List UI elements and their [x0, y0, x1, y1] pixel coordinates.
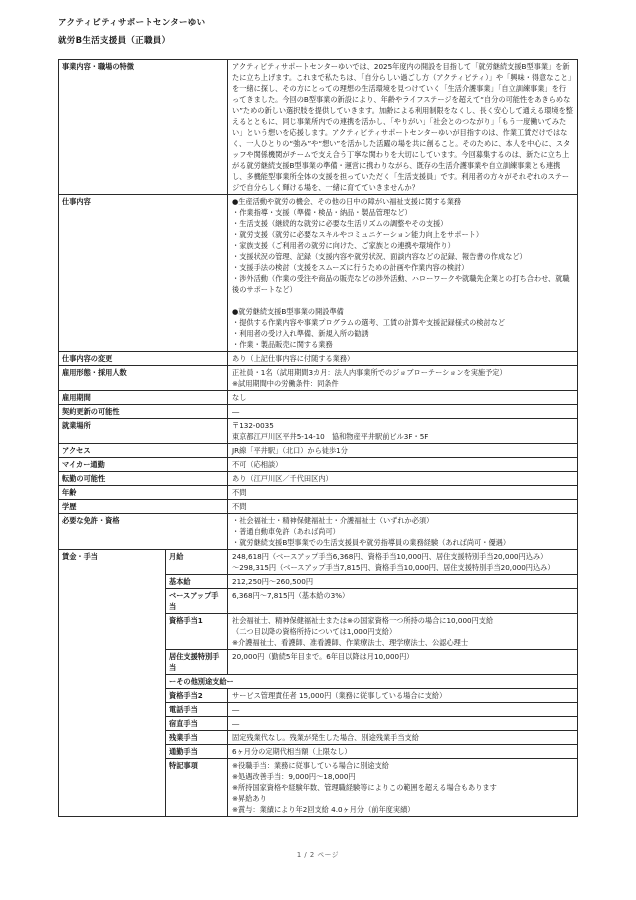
- wage-sublabel: 宿直手当: [166, 717, 228, 730]
- wage-section-label: 賃金・手当: [59, 550, 166, 816]
- row-label: 年齢: [59, 486, 228, 499]
- wage-value: サービス管理責任者 15,000円（業務に従事している場合に支給）: [228, 689, 577, 702]
- wage-row-special-notes: 特記事項 ※役職手当：業務に従事している場合に別途支給 ※処遇改善手当：9,00…: [166, 758, 577, 816]
- footer-page-number: 1 / 2 ページ: [0, 849, 636, 859]
- row-value: JR線「平井駅」（北口）から徒歩1分: [228, 444, 577, 457]
- wage-sublabel: 電話手当: [166, 703, 228, 716]
- row-car-commute: マイカー通勤 不可（応相談）: [59, 457, 577, 471]
- row-value: あり（上記仕事内容に付随する業務）: [228, 352, 577, 365]
- row-label: 仕事内容: [59, 195, 228, 351]
- wage-row-other-payments-divider: ーその他別途支給ー: [166, 674, 577, 688]
- wage-sublabel: 資格手当2: [166, 689, 228, 702]
- row-label: 学歴: [59, 500, 228, 513]
- row-value: 〒132-0035 東京都江戸川区平井5-14-10 協和物産平井駅前ビル3F・…: [228, 419, 577, 443]
- row-job-change: 仕事内容の変更 あり（上記仕事内容に付随する業務）: [59, 351, 577, 365]
- wage-value: 6ヶ月分の定期代相当額（上限なし）: [228, 745, 577, 758]
- wage-value: 248,618円（ベースアップ手当6,368円、資格手当10,000円、居住支援…: [228, 550, 577, 574]
- wage-value: 212,250円～260,500円: [228, 575, 577, 588]
- row-employment-type: 雇用形態・採用人数 正社員・1名（試用期間3カ月：法人内事業所でのジョブローテー…: [59, 365, 577, 390]
- row-education: 学歴 不問: [59, 499, 577, 513]
- row-value: あり（江戸川区／千代田区内）: [228, 472, 577, 485]
- wage-value: 6,368円～7,815円（基本給の3%）: [228, 589, 577, 613]
- wage-row-phone-allowance: 電話手当 ―: [166, 702, 577, 716]
- wage-sublabel: 基本給: [166, 575, 228, 588]
- wage-row-base-up-allowance: ベースアップ手当 6,368円～7,815円（基本給の3%）: [166, 588, 577, 613]
- row-label: アクセス: [59, 444, 228, 457]
- wage-value: 社会福祉士、精神保健福祉士または※の国家資格一つ所持の場合に10,000円支給 …: [228, 614, 577, 649]
- row-value: 正社員・1名（試用期間3カ月：法人内事業所でのジョブローテーションを実施予定） …: [228, 366, 577, 390]
- company-name: アクティビティサポートセンターゆい: [58, 14, 578, 32]
- row-access: アクセス JR線「平井駅」（北口）から徒歩1分: [59, 443, 577, 457]
- wage-subtable: 月給 248,618円（ベースアップ手当6,368円、資格手当10,000円、居…: [166, 550, 577, 816]
- row-value: ―: [228, 405, 577, 418]
- wage-value: ※役職手当：業務に従事している場合に別途支給 ※処遇改善手当：9,000円～18…: [228, 759, 577, 816]
- row-value: 不可（応相談）: [228, 458, 577, 471]
- row-value: ●生産活動や就労の機会、その他の日中の障がい福祉支援に関する業務 ・作業指導・支…: [228, 195, 577, 351]
- row-required-licenses: 必要な免許・資格 ・社会福祉士・精神保健福祉士・介護福祉士（いずれか必須） ・普…: [59, 513, 577, 549]
- row-contract-renewal: 契約更新の可能性 ―: [59, 404, 577, 418]
- row-value: なし: [228, 391, 577, 404]
- row-value: ・社会福祉士・精神保健福祉士・介護福祉士（いずれか必須） ・普通自動車免許（あれ…: [228, 514, 577, 549]
- row-value: 不問: [228, 486, 577, 499]
- row-employment-period: 雇用期間 なし: [59, 390, 577, 404]
- row-label: 転勤の可能性: [59, 472, 228, 485]
- wage-sublabel: 残業手当: [166, 731, 228, 744]
- wage-sublabel: ベースアップ手当: [166, 589, 228, 613]
- row-label: 契約更新の可能性: [59, 405, 228, 418]
- row-business-description: 事業内容・職場の特徴 アクティビティサポートセンターゆいでは、2025年度内の開…: [59, 60, 577, 194]
- row-transfer-possibility: 転勤の可能性 あり（江戸川区／千代田区内）: [59, 471, 577, 485]
- wage-row-overtime-allowance: 残業手当 固定残業代なし。残業が発生した場合、別途残業手当支給: [166, 730, 577, 744]
- row-work-location: 就業場所 〒132-0035 東京都江戸川区平井5-14-10 協和物産平井駅前…: [59, 418, 577, 443]
- wage-value: 固定残業代なし。残業が発生した場合、別途残業手当支給: [228, 731, 577, 744]
- job-title: 就労B生活支援員（正職員）: [58, 32, 578, 50]
- job-posting-table: 事業内容・職場の特徴 アクティビティサポートセンターゆいでは、2025年度内の開…: [58, 59, 578, 817]
- wage-sublabel: 通勤手当: [166, 745, 228, 758]
- wage-sublabel: 特記事項: [166, 759, 228, 816]
- row-wage-allowance: 賃金・手当 月給 248,618円（ベースアップ手当6,368円、資格手当10,…: [59, 549, 577, 816]
- wage-row-commute-allowance: 通勤手当 6ヶ月分の定期代相当額（上限なし）: [166, 744, 577, 758]
- row-label: 雇用形態・採用人数: [59, 366, 228, 390]
- wage-row-monthly-salary: 月給 248,618円（ベースアップ手当6,368円、資格手当10,000円、居…: [166, 550, 577, 574]
- wage-value: ―: [228, 703, 577, 716]
- row-label: 仕事内容の変更: [59, 352, 228, 365]
- row-label: マイカー通勤: [59, 458, 228, 471]
- row-job-description: 仕事内容 ●生産活動や就労の機会、その他の日中の障がい福祉支援に関する業務 ・作…: [59, 194, 577, 351]
- document-header: アクティビティサポートセンターゆい 就労B生活支援員（正職員）: [58, 14, 578, 50]
- wage-sublabel: 月給: [166, 550, 228, 574]
- row-label: 事業内容・職場の特徴: [59, 60, 228, 194]
- row-value: アクティビティサポートセンターゆいでは、2025年度内の開設を目指して「就労継続…: [228, 60, 577, 194]
- wage-sublabel: 居住支援特別手当: [166, 650, 228, 674]
- wage-value: ―: [228, 717, 577, 730]
- wage-row-base-salary: 基本給 212,250円～260,500円: [166, 574, 577, 588]
- wage-row-night-duty-allowance: 宿直手当 ―: [166, 716, 577, 730]
- wage-divider-label: ーその他別途支給ー: [166, 675, 238, 688]
- row-label: 必要な免許・資格: [59, 514, 228, 549]
- wage-row-qualification-allowance-1: 資格手当1 社会福祉士、精神保健福祉士または※の国家資格一つ所持の場合に10,0…: [166, 613, 577, 649]
- row-value: 不問: [228, 500, 577, 513]
- wage-sublabel: 資格手当1: [166, 614, 228, 649]
- wage-row-qualification-allowance-2: 資格手当2 サービス管理責任者 15,000円（業務に従事している場合に支給）: [166, 688, 577, 702]
- wage-value: 20,000円（勤続5年目まで。6年目以降は月10,000円）: [228, 650, 577, 674]
- row-label: 就業場所: [59, 419, 228, 443]
- row-age: 年齢 不問: [59, 485, 577, 499]
- row-label: 雇用期間: [59, 391, 228, 404]
- wage-row-residence-support-allowance: 居住支援特別手当 20,000円（勤続5年目まで。6年目以降は月10,000円）: [166, 649, 577, 674]
